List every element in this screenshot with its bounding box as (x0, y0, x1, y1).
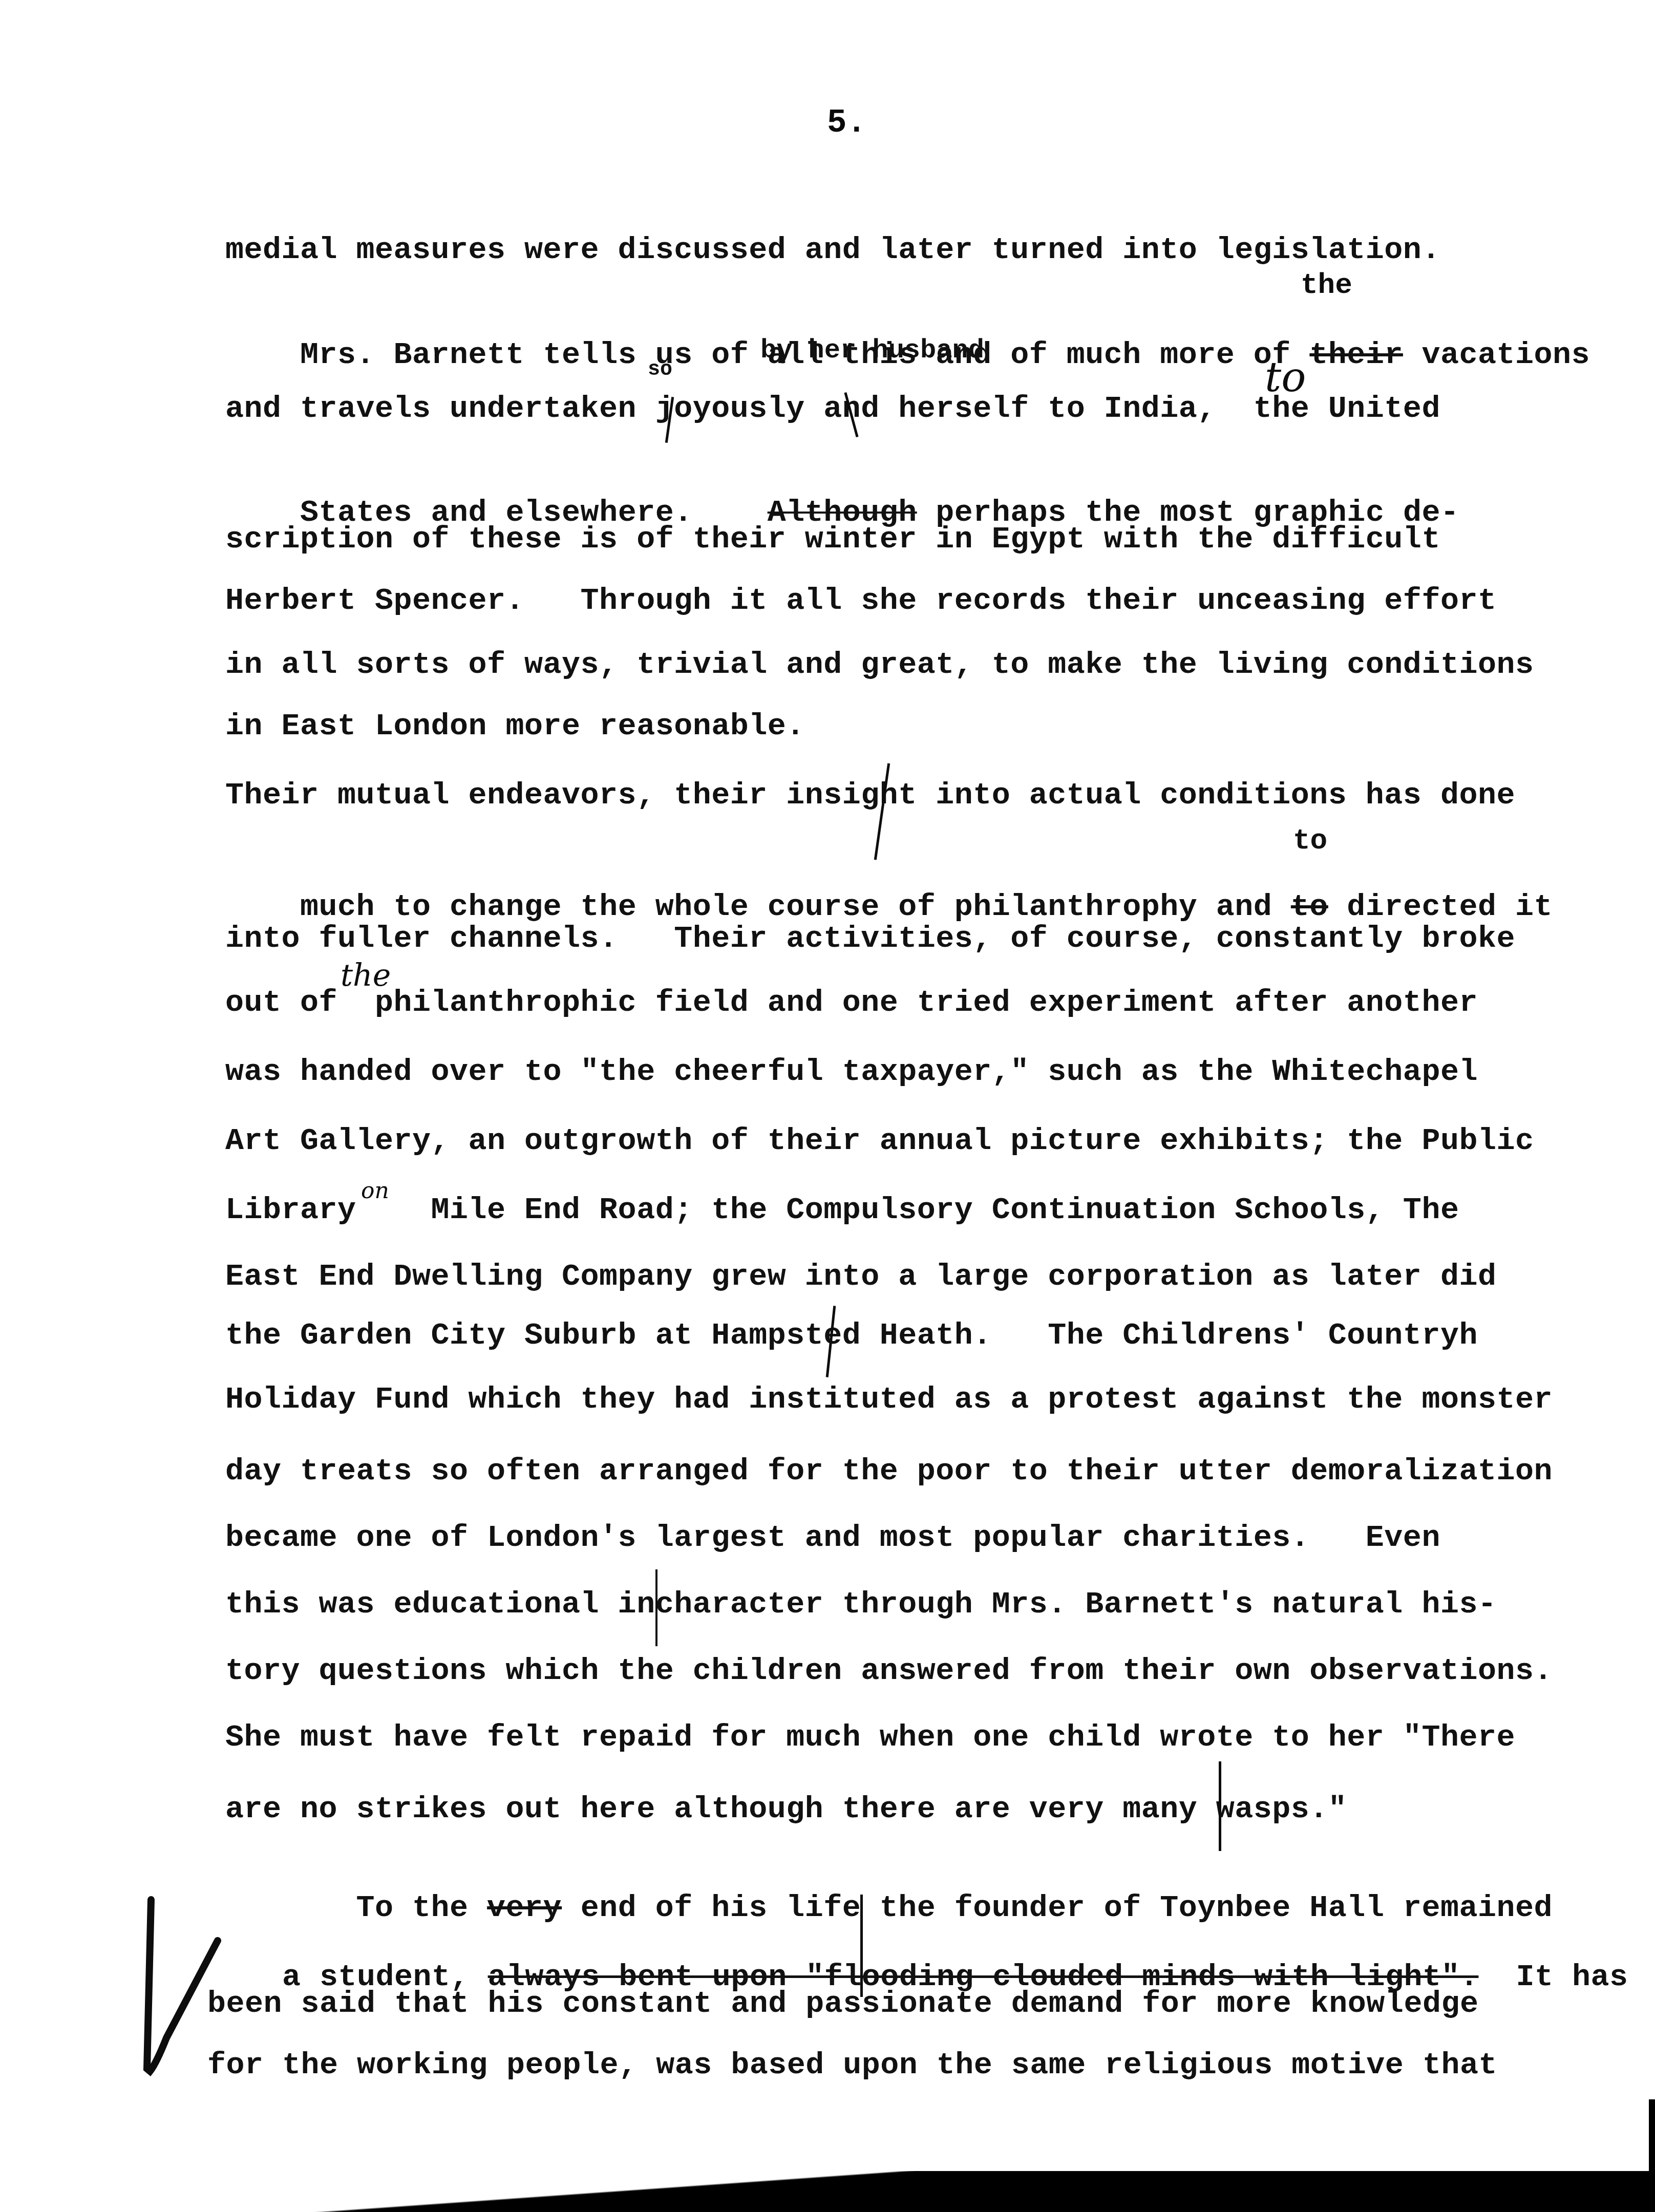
text-line: She must have felt repaid for much when … (225, 1720, 1515, 1755)
typed-insertion-by-husband: by her husband (760, 335, 984, 366)
scanned-document-page: 5. medial measures were discussed and la… (0, 0, 1655, 2212)
text-line: this was educational incharacter through… (225, 1587, 1496, 1622)
caret-mark (860, 1895, 863, 1997)
check-mark-icon (136, 1895, 238, 2079)
text-line: Herbert Spencer. Through it all she reco… (225, 584, 1496, 619)
text-line: tory questions which the children answer… (225, 1654, 1553, 1689)
text-line: Their mutual endeavors, their insight in… (225, 778, 1515, 813)
struck-text: very (487, 1891, 562, 1926)
text-segment: vacations (1403, 338, 1590, 373)
typed-insertion-so: so (648, 358, 672, 381)
text-segment: directed it (1328, 890, 1553, 925)
typed-insertion-to: to (1293, 824, 1327, 857)
text-segment: much to change the whole course of phila… (300, 890, 1291, 925)
text-line: became one of London's largest and most … (225, 1521, 1440, 1556)
caret-mark (1219, 1761, 1221, 1851)
page-number: 5. (827, 105, 866, 142)
text-segment: end of his life the founder of Toynbee H… (562, 1891, 1553, 1926)
text-line: East End Dwelling Company grew into a la… (225, 1260, 1496, 1294)
text-line: in all sorts of ways, trivial and great,… (225, 648, 1534, 683)
text-line: out of philanthrophic field and one trie… (225, 986, 1478, 1020)
text-line: day treats so often arranged for the poo… (225, 1454, 1553, 1489)
scan-edge-right (1649, 2099, 1655, 2212)
text-line: Holiday Fund which they had instituted a… (225, 1382, 1553, 1417)
struck-text: to (1291, 890, 1328, 925)
text-line: in East London more reasonable. (225, 709, 805, 744)
text-line: been said that his constant and passiona… (207, 1987, 1478, 2022)
text-segment: To the (300, 1891, 487, 1926)
caret-mark (655, 1569, 657, 1646)
text-line: into fuller channels. Their activities, … (225, 922, 1515, 956)
text-line: medial measures were discussed and later… (225, 233, 1440, 268)
text-line: are no strikes out here although there a… (225, 1792, 1347, 1827)
text-line: Art Gallery, an outgrowth of their annua… (225, 1124, 1534, 1159)
text-line: was handed over to "the cheerful taxpaye… (225, 1055, 1478, 1090)
handwritten-insertion-the: the (1301, 269, 1352, 302)
text-line: and travels undertaken joyously and hers… (225, 392, 1440, 427)
text-segment: It has (1478, 1960, 1628, 1995)
scan-edge-shadow (0, 2171, 1655, 2212)
text-line: scription of these is of their winter in… (225, 522, 1440, 557)
text-line: for the working people, was based upon t… (207, 2048, 1497, 2083)
text-line: the Garden City Suburb at Hampsted Heath… (225, 1318, 1478, 1353)
struck-text: their (1309, 338, 1403, 373)
text-line: Library Mile End Road; the Compulsory Co… (225, 1193, 1459, 1228)
